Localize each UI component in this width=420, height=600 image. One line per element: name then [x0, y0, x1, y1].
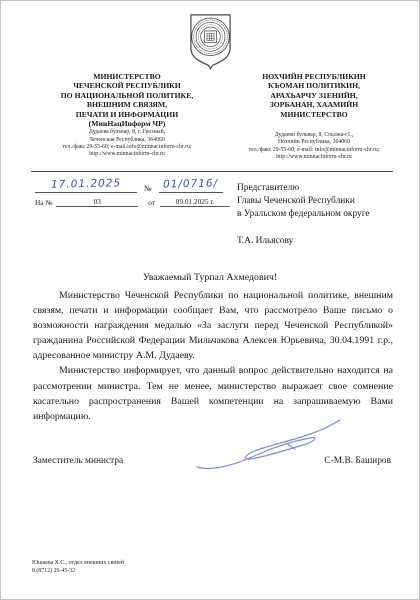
executor-name-line: Юшаева Х.С., отдел внешних связей: [32, 559, 124, 567]
ministry-address-ru: Дудаева бульвар, 8, г. Грозный, Чеченска…: [29, 129, 225, 158]
recipient-name: Т.А. Ильясову: [237, 235, 370, 248]
address-line: Нохчийн Республика, 364060: [229, 139, 399, 146]
handwritten-date: 17.01.2025: [51, 177, 121, 190]
signature-row: Заместитель министра С-М.В. Баширов: [33, 456, 391, 466]
header-right-chechen: НОХЧИЙН РЕСПУБЛИКИН КЪОМАН ПОЛИТИКИН, АР…: [229, 72, 399, 161]
recipient-line: Представителю: [237, 182, 370, 195]
executor-footer: Юшаева Х.С., отдел внешних связей 8 (871…: [32, 559, 124, 575]
ministry-title-line: ПО НАЦИОНАЛЬНОЙ ПОЛИТИКЕ,: [29, 91, 225, 100]
address-line: http://www.minnacinform-chr.ru: [229, 154, 399, 161]
recipient-block: Представителю Главы Чеченской Республики…: [237, 182, 370, 248]
ministry-title-line: ЗОРБАНАН, ХААМИЙН: [229, 100, 399, 109]
letter-page: МИНИСТЕРСТВО ЧЕЧЕНСКОЙ РЕСПУБЛИКИ ПО НАЦ…: [0, 0, 420, 600]
ministry-title-line: ВНЕШНИМ СВЯЗЯМ,: [29, 100, 225, 109]
executor-phone-line: 8 (8712) 29-45-32: [32, 567, 124, 575]
address-line: тел./факс 29-55-60; e-mail: info@minnaci…: [229, 147, 399, 154]
ministry-title-che: НОХЧИЙН РЕСПУБЛИКИН КЪОМАН ПОЛИТИКИН, АР…: [229, 72, 399, 119]
outgoing-number-field: 01/0716/: [159, 174, 223, 193]
paragraph: Министерство информирует, что данный воп…: [33, 363, 393, 423]
from-label: от: [148, 198, 155, 207]
on-number-label: На №: [35, 198, 52, 207]
ministry-title-line: ПЕЧАТИ И ИНФОРМАЦИИ: [29, 110, 225, 119]
handwritten-number: 01/0716/: [163, 177, 218, 190]
ministry-title-line: (МинНацИнформ ЧР): [29, 119, 225, 128]
recipient-line: в Уральском федеральном округе: [237, 208, 370, 221]
header-separator-line: [31, 171, 393, 172]
signer-position: Заместитель министра: [33, 456, 123, 466]
ministry-address-che: Дудаевн бульвар, 8, Соьлжа-г1., Нохчийн …: [229, 132, 399, 161]
header-left-russian: МИНИСТЕРСТВО ЧЕЧЕНСКОЙ РЕСПУБЛИКИ ПО НАЦ…: [29, 72, 225, 159]
ministry-title-ru: МИНИСТЕРСТВО ЧЕЧЕНСКОЙ РЕСПУБЛИКИ ПО НАЦ…: [29, 72, 225, 128]
reference-block: 17.01.2025 № 01/0716/ На № 03 от 09.01.2…: [35, 175, 241, 207]
ministry-title-line: КЪОМАН ПОЛИТИКИН,: [229, 81, 399, 90]
chechen-coat-of-arms-icon: [187, 12, 234, 71]
recipient-line: Главы Чеченской Республики: [237, 195, 370, 208]
incoming-number-field: 03: [56, 197, 138, 207]
ministry-title-line: МИНИСТЕРСТВО: [229, 110, 399, 119]
incoming-number-value: 03: [94, 197, 101, 206]
address-line: Чеченская Республика, 364060: [29, 137, 225, 144]
ministry-title-line: МИНИСТЕРСТВО: [29, 72, 225, 81]
address-line: http://www.minnacinform-chr.ru: [29, 151, 225, 158]
salutation: Уважаемый Турпал Ахмедович!: [1, 272, 419, 283]
number-sign-label: №: [144, 184, 152, 193]
paragraph: Министерство Чеченской Республики по нац…: [33, 288, 393, 363]
incoming-date-field: 09.01.2025 г.: [160, 197, 230, 207]
ministry-title-line: НОХЧИЙН РЕСПУБЛИКИН: [229, 72, 399, 81]
outgoing-date-field: 17.01.2025: [35, 174, 137, 193]
signer-name: С-М.В. Баширов: [324, 456, 391, 466]
letter-body: Министерство Чеченской Республики по нац…: [33, 288, 393, 424]
address-line: Дудаева бульвар, 8, г. Грозный,: [29, 129, 225, 136]
ministry-title-line: АРАХЬАРЧУ З1ЕНИЙН,: [229, 91, 399, 100]
incoming-date-value: 09.01.2025 г.: [176, 197, 215, 206]
ministry-title-line: ЧЕЧЕНСКОЙ РЕСПУБЛИКИ: [29, 81, 225, 90]
